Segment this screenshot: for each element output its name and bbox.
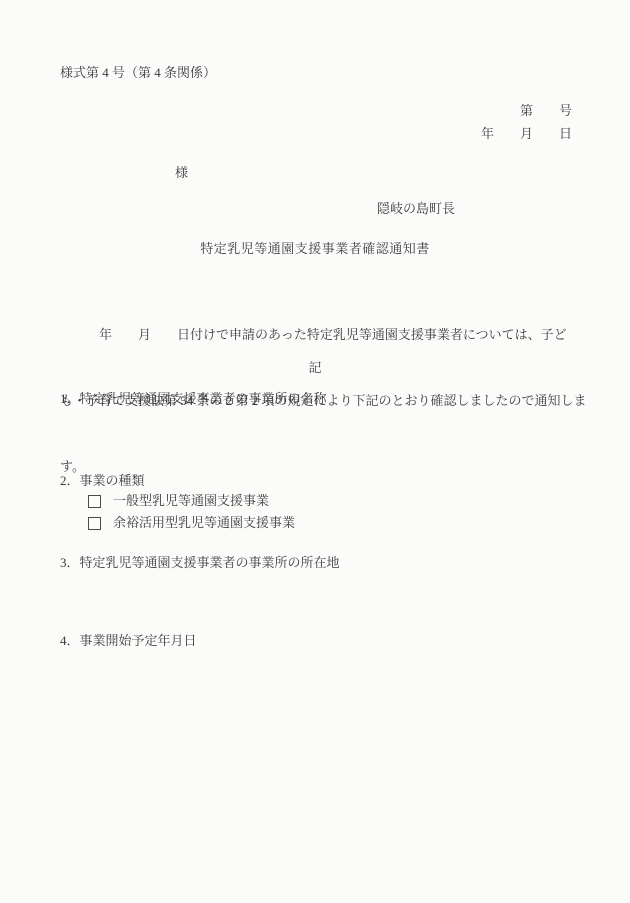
document-page: 様式第 4 号（第 4 条関係） 第 号 年 月 日 様 隠岐の島町長 特定乳児… bbox=[0, 0, 630, 903]
addressee-honorific: 様 bbox=[175, 162, 188, 184]
checkbox-icon[interactable] bbox=[88, 517, 101, 530]
checkbox-icon[interactable] bbox=[88, 495, 101, 508]
document-date-line: 年 月 日 bbox=[481, 123, 572, 145]
document-number-line: 第 号 bbox=[520, 100, 572, 122]
body-line-1: 年 月 日付けで申請のあった特定乳児等通園支援事業者については、子ど bbox=[60, 324, 580, 346]
checkbox-label: 一般型乳児等通園支援事業 bbox=[113, 490, 269, 512]
list-item-4: 4．事業開始予定年月日 bbox=[60, 630, 197, 652]
checkbox-row-general[interactable]: 一般型乳児等通園支援事業 bbox=[88, 490, 269, 512]
checkbox-row-surplus[interactable]: 余裕活用型乳児等通園支援事業 bbox=[88, 512, 295, 534]
list-item-2: 2．事業の種類 bbox=[60, 470, 145, 492]
list-item-3: 3．特定乳児等通園支援事業者の事業所の所在地 bbox=[60, 552, 340, 574]
form-number: 様式第 4 号（第 4 条関係） bbox=[60, 62, 216, 84]
sender-name: 隠岐の島町長 bbox=[377, 198, 455, 220]
document-title: 特定乳児等通園支援事業者確認通知書 bbox=[0, 238, 630, 260]
checkbox-label: 余裕活用型乳児等通園支援事業 bbox=[113, 512, 295, 534]
section-marker: 記 bbox=[0, 357, 630, 379]
list-item-1: 1．特定乳児等通園支援事業者の事業所の名称 bbox=[60, 388, 327, 410]
